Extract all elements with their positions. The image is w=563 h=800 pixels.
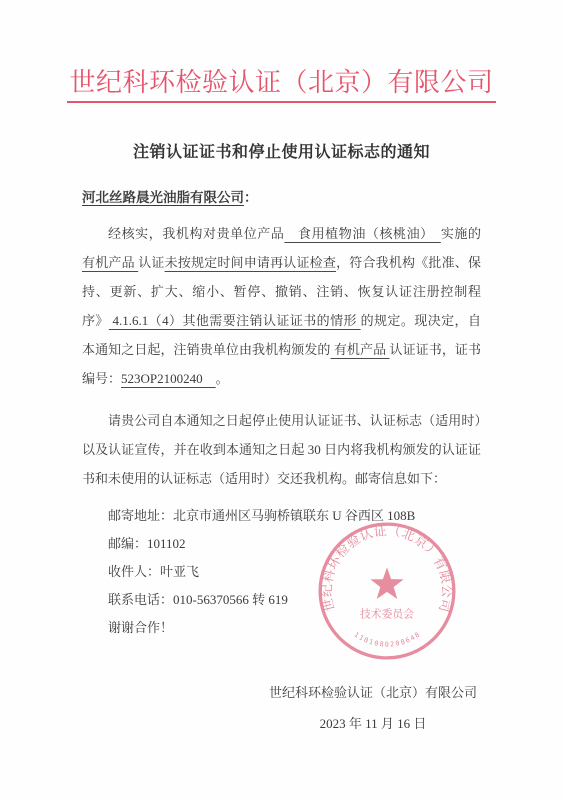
paragraph-decision: 经核实，我机构对贵单位产品 食用植物油（核桃油） 实施的 有机产品 认证未按规定… [82, 219, 481, 393]
mail-recipient-line: 收件人：叶亚飞 [82, 558, 481, 586]
para1-text: 认证 [138, 255, 164, 270]
para1-text: 经核实，我机构对贵单位产品 [108, 226, 284, 241]
paragraph-instructions: 请贵公司自本通知之日起停止使用认证证书、认证标志（适用时）以及认证宣传，并在收到… [82, 406, 481, 493]
mail-phone-line: 联系电话：010-56370566 转 619 [82, 586, 481, 614]
document-title: 注销认证证书和停止使用认证标志的通知 [82, 139, 481, 162]
para1-product-underlined: 食用植物油（核桃油） [284, 226, 440, 241]
para1-cert-type-underlined: 有机产品 [82, 255, 138, 270]
addressee-line: 河北丝路晨光油脂有限公司： [82, 186, 481, 206]
mail-address-line: 邮寄地址：北京市通州区马驹桥镇联东 U 谷西区 108B [82, 502, 481, 530]
mail-postcode-line: 邮编：101102 [82, 530, 481, 558]
thanks-line: 谢谢合作！ [82, 614, 481, 642]
document-page: 世纪科环检验认证（北京）有限公司 注销认证证书和停止使用认证标志的通知 河北丝路… [0, 0, 563, 800]
para1-text: 实施的 [441, 226, 481, 241]
para1-clause-underlined: 4.1.6.1（4）其他需要注销认证证书的情形 [109, 313, 361, 328]
letterhead-company-name: 世纪科环检验认证（北京）有限公司 [67, 62, 495, 103]
addressee-colon: ： [244, 190, 258, 205]
para1-cert-type2-underlined: 有机产品 [331, 342, 390, 357]
signature-block: 世纪科环检验认证（北京）有限公司 2023 年 11 月 16 日 [269, 684, 477, 733]
signature-company: 世纪科环检验认证（北京）有限公司 [269, 684, 477, 702]
addressee-company: 河北丝路晨光油脂有限公司 [82, 190, 244, 205]
letterhead: 世纪科环检验认证（北京）有限公司 [0, 62, 563, 103]
para1-text: 。 [216, 371, 229, 386]
mailing-info: 邮寄地址：北京市通州区马驹桥镇联东 U 谷西区 108B 邮编：101102 收… [82, 502, 481, 642]
document-body: 注销认证证书和停止使用认证标志的通知 河北丝路晨光油脂有限公司： 经核实，我机构… [0, 139, 563, 733]
para1-reason-underlined: 未按规定时间申请再认证检查 [165, 255, 336, 270]
certificate-number: 523OP2100240 [121, 371, 216, 386]
signature-date: 2023 年 11 月 16 日 [269, 715, 477, 733]
